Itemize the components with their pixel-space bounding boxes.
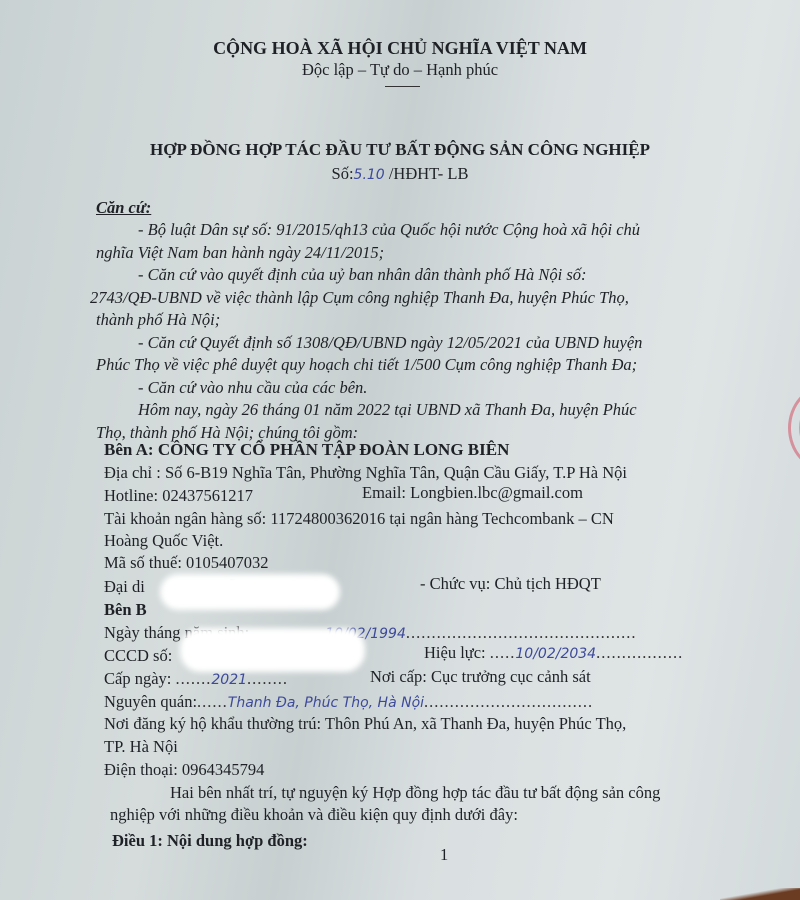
contract-page: CỘNG HOÀ XÃ HỘI CHỦ NGHĨA VIỆT NAM Độc l… [0,0,800,900]
basis-line: - Căn cứ vào nhu cầu của các bên. [138,378,367,398]
agreement-text: Hai bên nhất trí, tự nguyện ký Hợp đồng … [170,783,660,803]
redaction-name [160,574,340,610]
party-a-heading: Bên A: CÔNG TY CỔ PHẦN TẬP ĐOÀN LONG BIÊ… [104,440,509,460]
issue-value: 2021 [211,672,247,688]
motto-underline [385,86,420,87]
party-a-bank: Tài khoản ngân hàng số: 11724800362016 t… [104,509,614,529]
number-suffix: /HĐHT- LB [389,164,469,183]
party-a-bank-branch: Hoàng Quốc Việt. [104,531,223,551]
party-b-issued-by: Nơi cấp: Cục trưởng cục cảnh sát [370,667,591,687]
basis-line: 2743/QĐ-UBND về việc thành lập Cụm công … [90,288,629,308]
issue-label: Cấp ngày: [104,669,171,688]
party-a-tax-code: Mã số thuế: 0105407032 [104,553,269,573]
party-b-id: CCCD số: [104,646,172,666]
party-b-residence: Nơi đăng ký hộ khẩu thường trú: Thôn Phú… [104,714,626,734]
page-number: 1 [440,845,448,865]
number-handwritten: 5.10 [354,167,385,183]
origin-label: Nguyên quán: [104,692,197,711]
party-b-validity: Hiệu lực: .....10/02/2034...............… [424,643,683,663]
red-seal-stamp [788,385,800,471]
party-b-residence-city: TP. Hà Nội [104,737,178,757]
party-a-hotline: Hotline: 02437561217 [104,486,253,506]
validity-value: 10/02/2034 [515,646,596,662]
motto: Độc lập – Tự do – Hạnh phúc [0,60,800,80]
page-edge-shadow [720,888,800,900]
number-label: Số: [332,164,354,183]
basis-line: - Căn cứ vào quyết định của uỷ ban nhân … [138,265,587,285]
rep-label: Đại di [104,577,145,596]
party-b-origin: Nguyên quán:......Thanh Đa, Phúc Thọ, Hà… [104,692,593,712]
party-b-heading: Bên B [104,600,147,620]
party-a-address: Địa chỉ : Số 6-B19 Nghĩa Tân, Phường Ngh… [104,463,627,483]
basis-line: Phúc Thọ về việc phê duyệt quy hoạch chi… [96,355,637,375]
article-1-heading: Điều 1: Nội dung hợp đồng: [112,831,308,851]
origin-value: Thanh Đa, Phúc Thọ, Hà Nội [228,695,424,711]
basis-line: nghĩa Việt Nam ban hành ngày 24/11/2015; [96,243,384,263]
basis-heading: Căn cứ: [96,198,151,218]
basis-line: Hôm nay, ngày 26 tháng 01 năm 2022 tại U… [138,400,637,420]
basis-line: - Căn cứ Quyết định số 1308/QĐ/UBND ngày… [138,333,642,353]
country-header: CỘNG HOÀ XÃ HỘI CHỦ NGHĨA VIỆT NAM [0,38,800,59]
basis-line: thành phố Hà Nội; [96,310,220,330]
party-a-email: Email: Longbien.lbc@gmail.com [362,483,583,503]
party-b-phone: Điện thoại: 0964345794 [104,760,264,780]
basis-line: - Bộ luật Dân sự số: 91/2015/qh13 của Qu… [138,220,640,240]
validity-label: Hiệu lực: [424,643,486,662]
party-b-issue-date: Cấp ngày: .......2021........ [104,669,288,689]
redaction-id [180,628,365,672]
agreement-text-cont: nghiệp với những điều khoản và điều kiện… [110,805,518,825]
rep-position: - Chức vụ: Chủ tịch HĐQT [420,574,601,594]
contract-number: Số:5.10 /HĐHT- LB [0,164,800,184]
contract-title: HỢP ĐỒNG HỢP TÁC ĐẦU TƯ BẤT ĐỘNG SẢN CÔN… [0,140,800,160]
